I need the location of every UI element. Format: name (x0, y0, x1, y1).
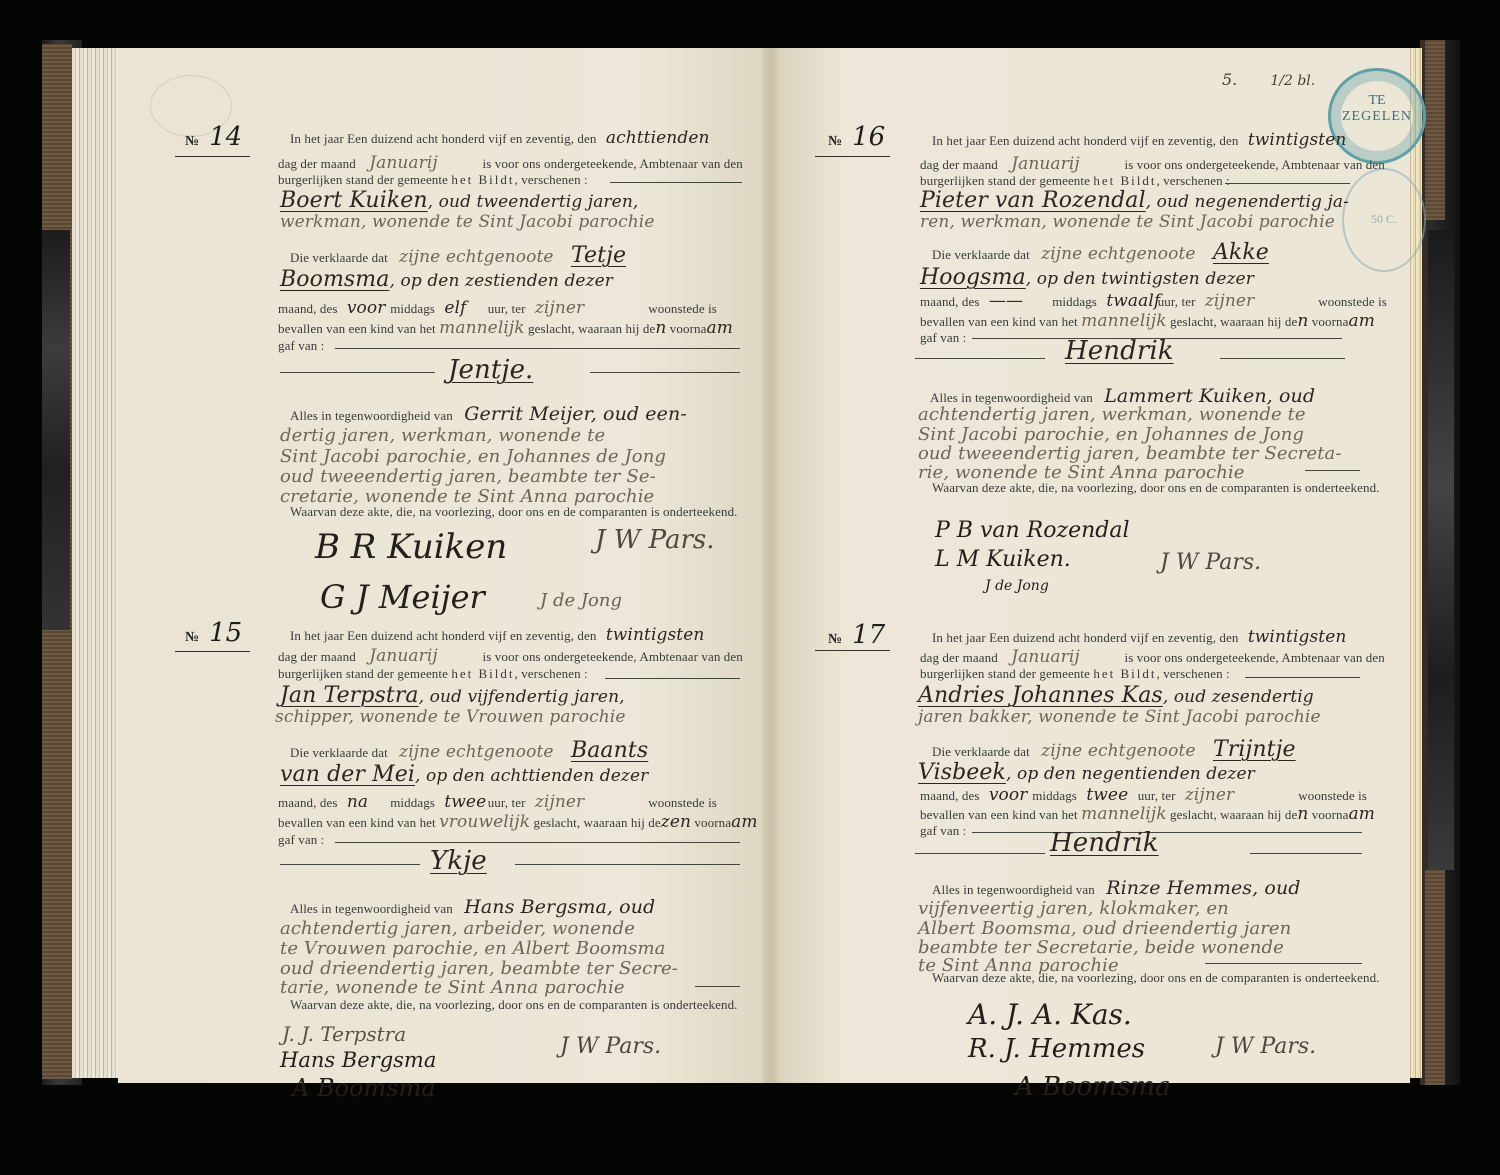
entry-number: №17 (828, 620, 885, 650)
blank-rule (335, 842, 740, 843)
handwritten-witness: Hans Bergsma, oud (464, 896, 655, 918)
printed-text: voorna (1312, 314, 1349, 329)
handwritten-text: n (1297, 804, 1308, 824)
child-name-line: Hendrik (1050, 828, 1159, 858)
witness-line-2: achtendertig jaren, arbeider, wonende (280, 918, 635, 939)
printed-text: , verschenen : (1157, 666, 1230, 681)
witness-line-3: Sint Jacobi parochie, en Johannes de Jon… (280, 446, 666, 467)
handwritten-day: twintigsten (606, 625, 705, 645)
handwritten-month: Januarij (369, 153, 479, 173)
child-name-line: Hendrik (1065, 336, 1174, 366)
signature-declarant: P B van Rozendal (935, 518, 1130, 543)
declarant-line: Pieter van Rozendal, oud negenendertig j… (920, 188, 1349, 213)
handwritten-text: schipper, wonende te Vrouwen parochie (275, 707, 626, 727)
number-symbol: № (185, 630, 199, 645)
handwritten-text: zijne echtgenoote (1041, 741, 1195, 761)
printed-text: geslacht, waaraan hij de (533, 815, 660, 830)
printed-text: Alles in tegenwoordigheid van (930, 390, 1093, 405)
handwritten-text: zen (661, 812, 691, 832)
handwritten-text: Sint Jacobi parochie, en Johannes de Jon… (280, 446, 666, 467)
stamp-text: ZEGELEN (1331, 109, 1423, 125)
printed-text: bevallen van een kind van het (920, 807, 1078, 822)
handwritten-text: oud tweeendertig jaren, beambte ter Se- (280, 466, 656, 487)
handwritten-text: zijner (535, 298, 615, 318)
time-line: maand, des —— middags twaalf uur, ter zi… (920, 291, 1387, 311)
printed-text: middags (390, 795, 435, 810)
handwritten-month: Januarij (1011, 154, 1121, 174)
mother-line: Hoogsma, op den twintigsten dezer (920, 265, 1254, 290)
handwritten-mother-first-name: Trijntje (1213, 737, 1296, 762)
printed-text: Waarvan deze akte, die, na voorlezing, d… (932, 970, 1380, 985)
printed-text: voorna (670, 321, 707, 336)
folio-text: 5. (1222, 70, 1237, 89)
printed-text: is voor ons ondergeteekende, Ambtenaar v… (483, 649, 743, 664)
declarant-line-2: ren, werkman, wonende te Sint Jacobi par… (920, 212, 1335, 232)
witness-line-4: oud tweeendertig jaren, beambte ter Se- (280, 466, 656, 487)
printed-text: Die verklaarde dat (932, 744, 1030, 759)
verklaarde-line: Die verklaarde dat zijne echtgenoote Akk… (932, 240, 1269, 265)
gaf-van-line: gaf van : (920, 330, 966, 346)
printed-text: , verschenen : (515, 172, 588, 187)
printed-text: gaf van : (278, 832, 324, 847)
handwritten-mother-last-name: Boomsma (280, 267, 390, 292)
printed-text: is voor ons ondergeteekende, Ambtenaar v… (1125, 157, 1385, 172)
printed-text: In het jaar Een duizend acht honderd vij… (290, 131, 596, 146)
printed-text: maand, des (920, 294, 979, 309)
printed-text: Waarvan deze akte, die, na voorlezing, d… (290, 504, 738, 519)
handwritten-mother-first-name: Akke (1213, 240, 1269, 265)
printed-text: In het jaar Een duizend acht honderd vij… (932, 133, 1238, 148)
signature-witness-2: A Boomsma (1015, 1072, 1171, 1102)
printed-text: In het jaar Een duizend acht honderd vij… (932, 630, 1238, 645)
handwritten-text: am (1348, 311, 1374, 331)
handwritten-text: ren, werkman, wonende te Sint Jacobi par… (920, 212, 1335, 232)
entry-number-value: 17 (852, 620, 885, 650)
printed-text: burgerlijken stand der gemeente (278, 666, 448, 681)
printed-text: In het jaar Een duizend acht honderd vij… (290, 628, 596, 643)
divider (815, 156, 890, 157)
printed-text: woonstede is (1298, 788, 1367, 803)
sex-line: bevallen van een kind van het vrouwelijk… (278, 812, 758, 832)
witness-line-3: Albert Boomsma, oud drieendertig jaren (918, 918, 1291, 939)
witness-line: Alles in tegenwoordigheid van Gerrit Mei… (290, 403, 687, 425)
printed-text: Die verklaarde dat (290, 745, 388, 760)
blank-rule (972, 832, 1362, 833)
printed-gemeente: het Bildt (1093, 173, 1156, 188)
handwritten-text: zijne echtgenoote (399, 247, 553, 267)
handwritten-text: , op den zestienden dezer (390, 271, 614, 291)
printed-text: Alles in tegenwoordigheid van (932, 882, 1095, 897)
handwritten-text: am (706, 318, 732, 338)
handwritten-text: dertig jaren, werkman, wonende te (280, 425, 605, 446)
number-symbol: № (185, 134, 199, 149)
printed-text: dag der maand (278, 649, 356, 664)
blank-rule (1220, 358, 1345, 359)
stamp-text: 50 C. (1344, 212, 1424, 227)
handwritten-month: Januarij (369, 646, 479, 666)
handwritten-text: Albert Boomsma, oud drieendertig jaren (918, 918, 1291, 939)
declarant-line-2: jaren bakker, wonende te Sint Jacobi par… (918, 707, 1321, 727)
printed-text: gaf van : (920, 330, 966, 345)
handwritten-text: , oud vijfendertig jaren, (419, 687, 625, 707)
witness-line-3: te Vrouwen parochie, en Albert Boomsma (280, 938, 666, 959)
number-symbol: № (828, 134, 842, 149)
signature-declarant: J. J. Terpstra (282, 1022, 406, 1046)
handwritten-text: Sint Jacobi parochie, en Johannes de Jon… (918, 424, 1304, 445)
blank-rule (280, 372, 435, 373)
printed-text: burgerlijken stand der gemeente (920, 173, 1090, 188)
marbled-board-right (1428, 230, 1454, 870)
printed-text: burgerlijken stand der gemeente (278, 172, 448, 187)
signature-witness-1: G J Meijer (320, 578, 485, 616)
handwritten-witness: Gerrit Meijer, oud een- (464, 403, 687, 425)
printed-text: middags (390, 301, 435, 316)
printed-text: voorna (694, 815, 731, 830)
waarvan-line: Waarvan deze akte, die, na voorlezing, d… (932, 970, 1380, 986)
time-line: maand, des na middags twee uur, ter zijn… (278, 792, 717, 812)
form-line-3: burgerlijken stand der gemeente het Bild… (278, 666, 588, 682)
blank-rule (1250, 853, 1362, 854)
child-name-line: Ykje (430, 846, 487, 876)
printed-text: bevallen van een kind van het (278, 321, 436, 336)
blank-rule (1245, 677, 1360, 678)
printed-text: bevallen van een kind van het (920, 314, 1078, 329)
blank-rule (590, 372, 740, 373)
form-line-2: dag der maand Januarij is voor ons onder… (920, 154, 1385, 174)
form-line-3: burgerlijken stand der gemeente het Bild… (278, 172, 588, 188)
handwritten-text: , oud zesendertig (1163, 687, 1314, 707)
witness-line-5: tarie, wonende te Sint Anna parochie (280, 977, 625, 998)
signature-witness-2: J de Jong (540, 590, 622, 611)
blank-rule (280, 864, 420, 865)
handwritten-month: Januarij (1011, 647, 1121, 667)
entry-number-value: 16 (852, 122, 885, 152)
printed-text: middags (1032, 788, 1077, 803)
printed-text: burgerlijken stand der gemeente (920, 666, 1090, 681)
blank-rule (610, 182, 742, 183)
child-name-line: Jentje. (448, 355, 533, 385)
handwritten-text: jaren bakker, wonende te Sint Jacobi par… (918, 707, 1321, 727)
handwritten-hour: twee (1086, 785, 1134, 805)
sex-line: bevallen van een kind van het mannelijk … (920, 804, 1375, 824)
printed-gemeente: het Bildt (1093, 666, 1156, 681)
printed-text: dag der maand (920, 650, 998, 665)
handwritten-voor-na: voor (347, 298, 387, 318)
handwritten-text: zijner (1185, 785, 1265, 805)
signature-official: J W Pars. (1160, 550, 1261, 575)
folio-mark: 1/2 bl. (1270, 73, 1315, 89)
printed-text: maand, des (278, 795, 337, 810)
blank-rule (1225, 183, 1350, 184)
printed-text: , verschenen : (515, 666, 588, 681)
mother-line: van der Mei, op den achttienden dezer (280, 762, 648, 787)
mother-line: Visbeek, op den negentienden dezer (918, 760, 1255, 785)
handwritten-text: n (1297, 311, 1308, 331)
printed-text: middags (1052, 294, 1097, 309)
handwritten-hour: twaalf (1106, 291, 1154, 311)
marbled-board-left (42, 230, 70, 630)
handwritten-child-name: Hendrik (1050, 828, 1159, 858)
handwritten-text: , op den achttienden dezer (415, 766, 648, 786)
printed-text: maand, des (278, 301, 337, 316)
blank-rule (515, 864, 740, 865)
printed-text: dag der maand (920, 157, 998, 172)
handwritten-child-name: Ykje (430, 846, 487, 876)
verklaarde-line: Die verklaarde dat zijne echtgenoote Tri… (932, 737, 1296, 762)
handwritten-mother-last-name: Hoogsma (920, 265, 1026, 290)
signature-witness-2: J de Jong (985, 578, 1049, 594)
printed-text: uur, ter (488, 301, 526, 316)
printed-text: geslacht, waaraan hij de (1170, 807, 1297, 822)
handwritten-hour: twee (444, 792, 484, 812)
witness-line-2: achtendertig jaren, werkman, wonende te (918, 404, 1306, 425)
signature-witness-1: L M Kuiken. (935, 547, 1071, 572)
printed-text: woonstede is (648, 301, 717, 316)
handwritten-sex: mannelijk (439, 318, 525, 338)
verklaarde-line: Die verklaarde dat zijne echtgenoote Baa… (290, 738, 648, 763)
printed-text: Waarvan deze akte, die, na voorlezing, d… (290, 997, 738, 1012)
divider (815, 650, 890, 651)
handwritten-mother-first-name: Tetje (571, 243, 626, 268)
printed-text: uur, ter (1138, 788, 1176, 803)
handwritten-mother-first-name: Baants (571, 738, 648, 763)
printed-text: gaf van : (278, 338, 324, 353)
printed-gemeente: het Bildt (451, 666, 514, 681)
witness-line: Alles in tegenwoordigheid van Rinze Hemm… (932, 877, 1301, 899)
blank-rule (915, 853, 1045, 854)
witness-line-3: Sint Jacobi parochie, en Johannes de Jon… (918, 424, 1304, 445)
handwritten-voor-na: na (347, 792, 387, 812)
signature-official: J W Pars. (595, 525, 715, 555)
form-line-1: In het jaar Een duizend acht honderd vij… (932, 130, 1346, 150)
folio-number: 5. 1/2 bl. (1222, 70, 1315, 89)
handwritten-declarant-name: Andries Johannes Kas (918, 683, 1163, 708)
printed-text: uur, ter (1158, 294, 1196, 309)
printed-text: Waarvan deze akte, die, na voorlezing, d… (932, 480, 1380, 495)
entry-number: №15 (185, 618, 242, 648)
handwritten-sex: mannelijk (1081, 311, 1167, 331)
divider (175, 651, 250, 652)
entry-number: №14 (185, 122, 242, 152)
witness-line: Alles in tegenwoordigheid van Hans Bergs… (290, 896, 655, 918)
handwritten-text: , oud negenendertig ja- (1146, 192, 1349, 212)
handwritten-mother-last-name: van der Mei (280, 762, 415, 787)
printed-text: woonstede is (648, 795, 717, 810)
handwritten-voor-na: —— (989, 291, 1049, 311)
handwritten-text: achtendertig jaren, werkman, wonende te (918, 404, 1306, 425)
form-line-3: burgerlijken stand der gemeente het Bild… (920, 173, 1230, 189)
sex-line: bevallen van een kind van het mannelijk … (278, 318, 733, 338)
printed-text: Die verklaarde dat (290, 250, 388, 265)
handwritten-declarant-name: Jan Terpstra (280, 683, 419, 708)
printed-text: geslacht, waaraan hij de (528, 321, 655, 336)
printed-text: Alles in tegenwoordigheid van (290, 408, 453, 423)
signature-declarant: B R Kuiken (315, 527, 507, 567)
declarant-line: Boert Kuiken, oud tweendertig jaren, (280, 188, 638, 213)
handwritten-text: oud tweeendertig jaren, beambte ter Secr… (918, 443, 1342, 464)
printed-text: Die verklaarde dat (932, 247, 1030, 262)
witness-line-2: dertig jaren, werkman, wonende te (280, 425, 605, 446)
handwritten-witness: Rinze Hemmes, oud (1106, 877, 1300, 899)
handwritten-text: werkman, wonende te Sint Jacobi parochie (280, 212, 654, 232)
handwritten-text: zijner (535, 792, 615, 812)
printed-text: voorna (1312, 807, 1349, 822)
form-line-1: In het jaar Een duizend acht honderd vij… (932, 627, 1346, 647)
handwritten-text: oud drieendertig jaren, beambte ter Secr… (280, 958, 678, 979)
printed-text: bevallen van een kind van het (278, 815, 436, 830)
blank-rule (1305, 470, 1360, 471)
form-line-2: dag der maand Januarij is voor ons onder… (920, 647, 1385, 667)
blank-rule (335, 348, 740, 349)
printed-text: gaf van : (920, 823, 966, 838)
form-line-2: dag der maand Januarij is voor ons onder… (278, 646, 743, 666)
signature-witness-1: R. J. Hemmes (968, 1034, 1145, 1064)
handwritten-text: am (731, 812, 757, 832)
book-cloth-binding-right-top (1425, 40, 1445, 220)
entry-number-value: 14 (209, 122, 242, 152)
time-line: maand, des voor middags twee uur, ter zi… (920, 785, 1367, 805)
signature-official: J W Pars. (1215, 1034, 1316, 1059)
signature-declarant: A. J. A. Kas. (968, 998, 1132, 1031)
book-cloth-binding-right-bottom (1425, 870, 1445, 1085)
handwritten-text: te Vrouwen parochie, en Albert Boomsma (280, 938, 666, 959)
mother-line: Boomsma, op den zestienden dezer (280, 267, 613, 292)
declarant-line: Andries Johannes Kas, oud zesendertig (918, 683, 1314, 708)
handwritten-text: , op den twintigsten dezer (1026, 269, 1254, 289)
handwritten-child-name: Hendrik (1065, 336, 1174, 366)
revenue-stamp-icon: 50 C. (1342, 168, 1426, 272)
printed-gemeente: het Bildt (451, 172, 514, 187)
number-symbol: № (828, 632, 842, 647)
printed-text: , verschenen : (1157, 173, 1230, 188)
handwritten-text: am (1348, 804, 1374, 824)
handwritten-declarant-name: Pieter van Rozendal (920, 188, 1146, 213)
printed-text: maand, des (920, 788, 979, 803)
handwritten-day: twintigsten (1248, 130, 1347, 150)
entry-number-value: 15 (209, 618, 242, 648)
sex-line: bevallen van een kind van het mannelijk … (920, 311, 1375, 331)
handwritten-text: zijne echtgenoote (399, 742, 553, 762)
stamp-text: TE (1331, 93, 1423, 109)
handwritten-hour: elf (444, 298, 484, 318)
form-line-1: In het jaar Een duizend acht honderd vij… (290, 625, 704, 645)
verklaarde-line: Die verklaarde dat zijne echtgenoote Tet… (290, 243, 626, 268)
declarant-line-2: werkman, wonende te Sint Jacobi parochie (280, 212, 654, 232)
gaf-van-line: gaf van : (278, 338, 324, 354)
blank-rule (605, 678, 740, 679)
printed-text: Alles in tegenwoordigheid van (290, 901, 453, 916)
signature-official: J W Pars. (560, 1034, 661, 1059)
printed-text: is voor ons ondergeteekende, Ambtenaar v… (1125, 650, 1385, 665)
handwritten-voor-na: voor (989, 785, 1029, 805)
form-line-1: In het jaar Een duizend acht honderd vij… (290, 128, 710, 148)
handwritten-child-name: Jentje. (448, 355, 533, 385)
witness-line-2: vijfenveertig jaren, klokmaker, en (918, 898, 1229, 919)
book-gutter (762, 48, 780, 1083)
handwritten-text: , oud tweendertig jaren, (428, 192, 639, 212)
declarant-line-2: schipper, wonende te Vrouwen parochie (275, 707, 626, 727)
handwritten-day: twintigsten (1248, 627, 1347, 647)
form-line-2: dag der maand Januarij is voor ons onder… (278, 153, 743, 173)
signature-witness-1: Hans Bergsma (280, 1048, 436, 1072)
gaf-van-line: gaf van : (278, 832, 324, 848)
printed-text: dag der maand (278, 156, 356, 171)
printed-text: uur, ter (488, 795, 526, 810)
handwritten-sex: vrouwelijk (439, 812, 530, 832)
handwritten-sex: mannelijk (1081, 804, 1167, 824)
blank-rule (1205, 963, 1362, 964)
handwritten-declarant-name: Boert Kuiken (280, 188, 428, 213)
handwritten-text: tarie, wonende te Sint Anna parochie (280, 977, 625, 998)
time-line: maand, des voor middags elf uur, ter zij… (278, 298, 717, 318)
handwritten-text: zijner (1205, 291, 1285, 311)
handwritten-mother-last-name: Visbeek (918, 760, 1006, 785)
printed-text: is voor ons ondergeteekende, Ambtenaar v… (483, 156, 743, 171)
blank-rule (695, 986, 740, 987)
form-line-3: burgerlijken stand der gemeente het Bild… (920, 666, 1230, 682)
witness-line-4: oud tweeendertig jaren, beambte ter Secr… (918, 443, 1342, 464)
page-edges-left (72, 48, 118, 1078)
waarvan-line: Waarvan deze akte, die, na voorlezing, d… (290, 504, 738, 520)
handwritten-day: achttienden (606, 128, 710, 148)
printed-text: geslacht, waaraan hij de (1170, 314, 1297, 329)
handwritten-text: vijfenveertig jaren, klokmaker, en (918, 898, 1229, 919)
handwritten-text: n (655, 318, 666, 338)
signature-witness-2: A Boomsma (292, 1074, 436, 1102)
handwritten-text: , op den negentienden dezer (1006, 764, 1255, 784)
handwritten-text: achtendertig jaren, arbeider, wonende (280, 918, 635, 939)
declarant-line: Jan Terpstra, oud vijfendertig jaren, (280, 683, 625, 708)
waarvan-line: Waarvan deze akte, die, na voorlezing, d… (932, 480, 1380, 496)
gaf-van-line: gaf van : (920, 823, 966, 839)
waarvan-line: Waarvan deze akte, die, na voorlezing, d… (290, 997, 738, 1013)
printed-text: woonstede is (1318, 294, 1387, 309)
witness-line-4: oud drieendertig jaren, beambte ter Secr… (280, 958, 678, 979)
blank-rule (915, 358, 1045, 359)
handwritten-text: zijne echtgenoote (1041, 244, 1195, 264)
divider (175, 156, 250, 157)
entry-number: №16 (828, 122, 885, 152)
